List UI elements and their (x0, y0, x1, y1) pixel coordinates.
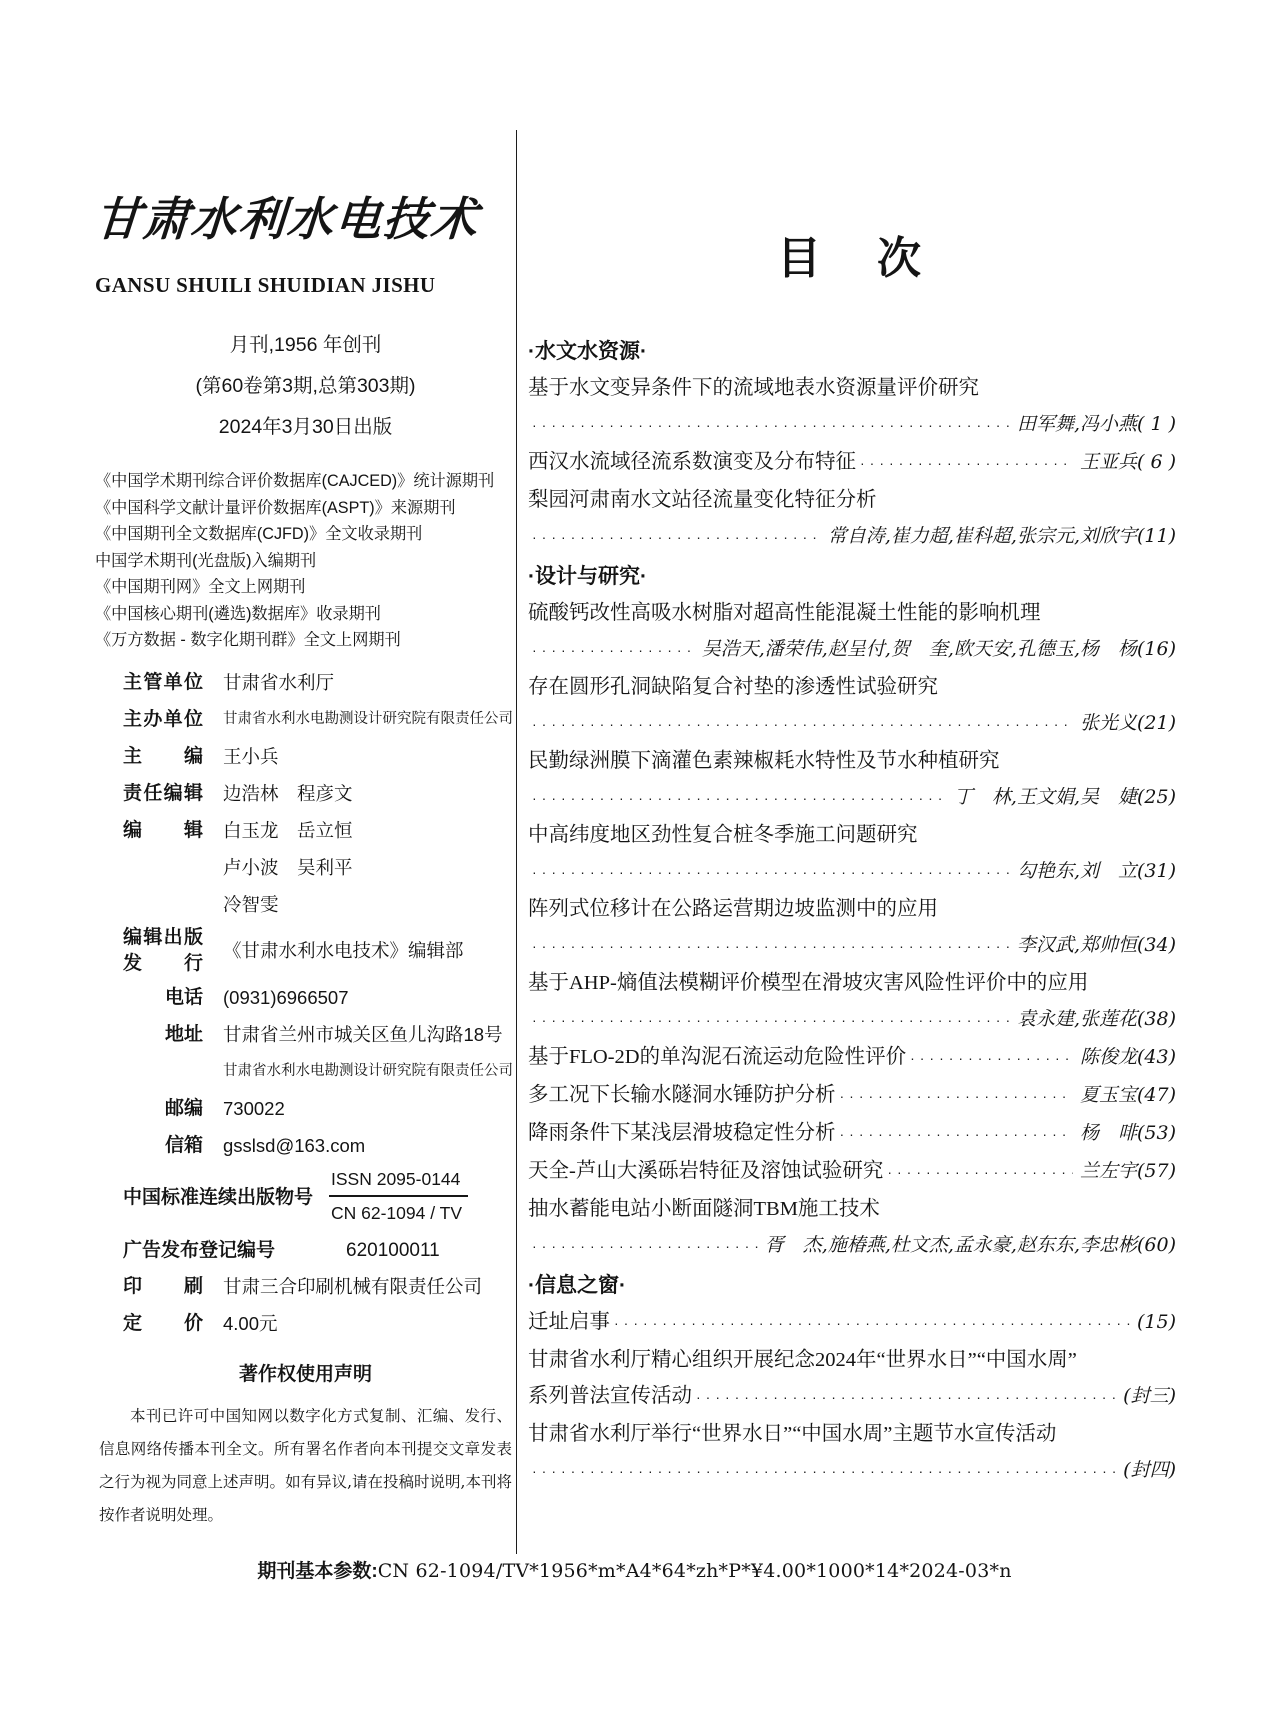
journal-logo-calligraphy: 甘肃水利水电技术 (92, 175, 519, 263)
dot-leader (532, 706, 1073, 743)
copyright-notice: 著作权使用声明 本刊已许可中国知网以数字化方式复制、汇编、发行、信息网络传播本刊… (95, 1362, 516, 1532)
toc-row: 天全-芦山大溪砾岩特征及溶蚀试验研究兰左宇(57) (528, 1153, 1176, 1191)
footer-value: CN 62-1094/TV*1956*m*A4*64*zh*P*¥4.00*10… (378, 1560, 1012, 1582)
toc-row: 袁永建,张莲花(38) (528, 1001, 1176, 1039)
toc-row: 李汉武,郑帅恒(34) (528, 927, 1176, 965)
toc-entry-authors-page: (封四) (1123, 1452, 1176, 1488)
toc-sections: ·水文水资源·基于水文变异条件下的流域地表水资源量评价研究田军舞,冯小燕( 1 … (528, 334, 1176, 1490)
info-value: 甘肃省水利厅 (223, 664, 334, 701)
toc-section-label: ·设计与研究· (528, 559, 1176, 595)
info-label: 编辑出版发行 (123, 925, 203, 977)
ad-license-label: 广告发布登记编号 (123, 1236, 330, 1266)
toc-entry-title: 抽水蓄能电站小断面隧洞TBM施工技术 (528, 1191, 880, 1227)
info-row: 主编王小兵 (123, 738, 516, 775)
toc-entry-title: 民勤绿洲膜下滴灌色素辣椒耗水特性及节水种植研究 (528, 743, 1000, 779)
toc-row: 民勤绿洲膜下滴灌色素辣椒耗水特性及节水种植研究 (528, 743, 1176, 779)
toc-row: 甘肃省水利厅举行“世界水日”“中国水周”主题节水宣传活动 (528, 1416, 1176, 1452)
indexing-item: 中国学术期刊(光盘版)入编期刊 (95, 548, 516, 575)
toc-entry-authors-page: 胥 杰,施椿燕,杜文杰,孟永豪,赵东东,李忠彬(60) (765, 1227, 1176, 1263)
info-row: 主办单位甘肃省水利水电勘测设计研究院有限责任公司 (123, 701, 516, 738)
toc-entry-authors-page: 吴浩天,潘荣伟,赵呈付,贺 奎,欧天安,孔德玉,杨 杨(16) (702, 631, 1176, 667)
toc-row: 基于FLO-2D的单沟泥石流运动危险性评价陈俊龙(43) (528, 1039, 1176, 1077)
indexing-item: 《中国学术期刊综合评价数据库(CAJCED)》统计源期刊 (95, 468, 516, 495)
toc-entry-title: 天全-芦山大溪砾岩特征及溶蚀试验研究 (528, 1153, 883, 1189)
toc-entry-authors-page: 袁永建,张莲花(38) (1017, 1001, 1176, 1037)
info-value: 甘肃省水利水电勘测设计研究院有限责任公司 (223, 701, 513, 738)
copyright-title: 著作权使用声明 (95, 1362, 516, 1388)
info-label-line: 编辑出版 (123, 925, 203, 951)
info-label: 邮编 (123, 1090, 203, 1127)
info-value: 甘肃省水利水电勘测设计研究院有限责任公司 (223, 1053, 513, 1090)
toc-row: 胥 杰,施椿燕,杜文杰,孟永豪,赵东东,李忠彬(60) (528, 1227, 1176, 1265)
frequency-line: 月刊,1956 年创刊 (95, 325, 516, 366)
toc-entry-title: 降雨条件下某浅层滑坡稳定性分析 (528, 1115, 836, 1151)
toc-entry-authors-page: 王亚兵( 6 ) (1080, 444, 1176, 480)
toc-entry-authors-page: (15) (1137, 1304, 1176, 1340)
issn-fraction: ISSN 2095-0144 CN 62-1094 / TV (329, 1168, 468, 1224)
info-row: 卢小波 吴利平 (123, 849, 516, 886)
info-value: gsslsd@163.com (223, 1127, 365, 1164)
toc-row: 多工况下长输水隧洞水锤防护分析夏玉宝(47) (528, 1077, 1176, 1115)
info-label (123, 1053, 203, 1090)
info-value: 730022 (223, 1090, 285, 1127)
toc-row: 田军舞,冯小燕( 1 ) (528, 406, 1176, 444)
info-row: 地址甘肃省兰州市城关区鱼儿沟路18号 (123, 1016, 516, 1053)
info-label-line: 发行 (123, 951, 203, 977)
info-value: (0931)6966507 (223, 979, 349, 1016)
toc-section-label: ·水文水资源· (528, 334, 1176, 370)
journal-logo-pinyin: GANSU SHUILI SHUIDIAN JISHU (95, 271, 516, 299)
info-row: 编辑出版发行《甘肃水利水电技术》编辑部 (123, 923, 516, 979)
toc-entry-title: 存在圆形孔洞缺陷复合衬垫的渗透性试验研究 (528, 669, 938, 705)
info-row: 定价4.00元 (123, 1305, 516, 1342)
toc-row: 丁 林,王文娟,吴 婕(25) (528, 779, 1176, 817)
toc-row: (封四) (528, 1452, 1176, 1490)
toc-entry-authors-page: 兰左宇(57) (1080, 1153, 1176, 1189)
print-price-block: 印刷甘肃三合印刷机械有限责任公司定价4.00元 (95, 1268, 516, 1342)
dot-leader (532, 407, 1010, 444)
info-label (123, 886, 203, 923)
toc-row: 硫酸钙改性高吸水树脂对超高性能混凝土性能的影响机理 (528, 595, 1176, 631)
info-label: 编辑 (123, 812, 203, 849)
info-label: 主编 (123, 738, 203, 775)
toc-entry-authors-page: 常自涛,崔力超,崔科超,张宗元,刘欣宇(11) (828, 518, 1176, 554)
journal-cover-page: 甘肃水利水电技术 GANSU SHUILI SHUIDIAN JISHU 月刊,… (0, 0, 1269, 1723)
info-label: 主管单位 (123, 664, 203, 701)
toc-row: 迁址启事(15) (528, 1304, 1176, 1342)
toc-row: 张光义(21) (528, 705, 1176, 743)
info-value: 甘肃省兰州市城关区鱼儿沟路18号 (223, 1016, 503, 1053)
copyright-body: 本刊已许可中国知网以数字化方式复制、汇编、发行、信息网络传播本刊全文。所有署名作… (95, 1400, 516, 1532)
toc-row: 基于水文变异条件下的流域地表水资源量评价研究 (528, 370, 1176, 406)
issn-label: 中国标准连续出版物号 (123, 1182, 329, 1209)
toc-section: ·信息之窗·迁址启事(15)甘肃省水利厅精心组织开展纪念2024年“世界水日”“… (528, 1268, 1176, 1490)
info-row: 责任编辑边浩林 程彦文 (123, 775, 516, 812)
info-label: 责任编辑 (123, 775, 203, 812)
indexing-item: 《中国核心期刊(遴选)数据库》收录期刊 (95, 601, 516, 628)
info-value: 甘肃三合印刷机械有限责任公司 (223, 1268, 482, 1305)
toc-row: 勾艳东,刘 立(31) (528, 853, 1176, 891)
masthead-column: 甘肃水利水电技术 GANSU SHUILI SHUIDIAN JISHU 月刊,… (95, 175, 516, 1532)
info-label: 地址 (123, 1016, 203, 1053)
ad-license-row: 广告发布登记编号 620100011 (95, 1236, 516, 1266)
toc-entry-authors-page: (封三) (1123, 1378, 1176, 1414)
dot-leader (532, 928, 1010, 965)
info-row: 主管单位甘肃省水利厅 (123, 664, 516, 701)
toc-row: 梨园河肃南水文站径流量变化特征分析 (528, 482, 1176, 518)
indexing-item: 《中国期刊全文数据库(CJFD)》全文收录期刊 (95, 521, 516, 548)
toc-row: 系列普法宣传活动(封三) (528, 1378, 1176, 1416)
toc-entry-title: 甘肃省水利厅精心组织开展纪念2024年“世界水日”“中国水周” (528, 1342, 1077, 1378)
toc-entry-authors-page: 夏玉宝(47) (1080, 1077, 1176, 1113)
toc-row: 抽水蓄能电站小断面隧洞TBM施工技术 (528, 1191, 1176, 1227)
info-value: 《甘肃水利水电技术》编辑部 (223, 938, 464, 964)
dot-leader (860, 445, 1073, 482)
toc-section: ·水文水资源·基于水文变异条件下的流域地表水资源量评价研究田军舞,冯小燕( 1 … (528, 334, 1176, 556)
toc-entry-title: 中高纬度地区劲性复合桩冬季施工问题研究 (528, 817, 918, 853)
cn-number: CN 62-1094 / TV (329, 1202, 468, 1224)
toc-entry-authors-page: 杨 啡(53) (1080, 1115, 1176, 1151)
toc-entry-title: 基于水文变异条件下的流域地表水资源量评价研究 (528, 370, 979, 406)
dot-leader (532, 1453, 1116, 1490)
info-row: 邮编730022 (123, 1090, 516, 1127)
indexing-item: 《万方数据 - 数字化期刊群》全文上网期刊 (95, 627, 516, 654)
info-value: 卢小波 吴利平 (223, 849, 353, 886)
dot-leader (910, 1040, 1073, 1077)
toc-entry-authors-page: 李汉武,郑帅恒(34) (1017, 927, 1176, 963)
toc-row: 阵列式位移计在公路运营期边坡监测中的应用 (528, 891, 1176, 927)
toc-entry-authors-page: 勾艳东,刘 立(31) (1017, 853, 1176, 889)
toc-entry-authors-page: 丁 林,王文娟,吴 婕(25) (954, 779, 1176, 815)
ad-license-value: 620100011 (346, 1236, 440, 1266)
toc-row: 降雨条件下某浅层滑坡稳定性分析杨 啡(53) (528, 1115, 1176, 1153)
info-row: 冷智雯 (123, 886, 516, 923)
info-row: 编辑白玉龙 岳立恒 (123, 812, 516, 849)
toc-section: ·设计与研究·硫酸钙改性高吸水树脂对超高性能混凝土性能的影响机理吴浩天,潘荣伟,… (528, 559, 1176, 1265)
toc-entry-title: 甘肃省水利厅举行“世界水日”“中国水周”主题节水宣传活动 (528, 1416, 1056, 1452)
toc-row: 常自涛,崔力超,崔科超,张宗元,刘欣宇(11) (528, 518, 1176, 556)
indexing-item: 《中国期刊网》全文上网期刊 (95, 574, 516, 601)
toc-title: 目 次 (528, 228, 1176, 290)
toc-row: 基于AHP-熵值法模糊评价模型在滑坡灾害风险性评价中的应用 (528, 965, 1176, 1001)
toc-entry-title: 硫酸钙改性高吸水树脂对超高性能混凝土性能的影响机理 (528, 595, 1041, 631)
issn-number: ISSN 2095-0144 (329, 1168, 468, 1197)
info-label: 信箱 (123, 1127, 203, 1164)
dot-leader (696, 1379, 1116, 1416)
info-value: 边浩林 程彦文 (223, 775, 353, 812)
info-label (123, 849, 203, 886)
toc-entry-title: 梨园河肃南水文站径流量变化特征分析 (528, 482, 877, 518)
toc-section-label: ·信息之窗· (528, 1268, 1176, 1304)
info-row: 电话(0931)6966507 (123, 979, 516, 1016)
dot-leader (532, 632, 695, 669)
toc-entry-title: 系列普法宣传活动 (528, 1378, 692, 1414)
info-row: 信箱gsslsd@163.com (123, 1127, 516, 1164)
dot-leader (840, 1116, 1073, 1153)
toc-entry-title: 阵列式位移计在公路运营期边坡监测中的应用 (528, 891, 938, 927)
info-row: 甘肃省水利水电勘测设计研究院有限责任公司 (123, 1053, 516, 1090)
info-value: 王小兵 (223, 738, 279, 775)
info-value: 白玉龙 岳立恒 (223, 812, 353, 849)
toc-row: 中高纬度地区劲性复合桩冬季施工问题研究 (528, 817, 1176, 853)
staff-info-block: 主管单位甘肃省水利厅主办单位甘肃省水利水电勘测设计研究院有限责任公司主编王小兵责… (95, 664, 516, 1164)
toc-row: 甘肃省水利厅精心组织开展纪念2024年“世界水日”“中国水周” (528, 1342, 1176, 1378)
issue-line: (第60卷第3期,总第303期) (95, 366, 516, 407)
dot-leader (887, 1154, 1073, 1191)
toc-entry-title: 迁址启事 (528, 1304, 610, 1340)
indexing-item: 《中国科学文献计量评价数据库(ASPT)》来源期刊 (95, 495, 516, 522)
column-divider (516, 130, 517, 1554)
publication-info: 月刊,1956 年创刊 (第60卷第3期,总第303期) 2024年3月30日出… (95, 325, 516, 448)
pub-date-line: 2024年3月30日出版 (95, 407, 516, 448)
toc-entry-title: 多工况下长输水隧洞水锤防护分析 (528, 1077, 836, 1113)
footer-label: 期刊基本参数: (257, 1561, 377, 1582)
toc-entry-authors-page: 张光义(21) (1080, 705, 1176, 741)
dot-leader (840, 1078, 1073, 1115)
info-label: 定价 (123, 1305, 203, 1342)
toc-entry-title: 基于FLO-2D的单沟泥石流运动危险性评价 (528, 1039, 906, 1075)
toc-entry-title: 西汉水流域径流系数演变及分布特征 (528, 444, 856, 480)
toc-row: 存在圆形孔洞缺陷复合衬垫的渗透性试验研究 (528, 669, 1176, 705)
indexing-list: 《中国学术期刊综合评价数据库(CAJCED)》统计源期刊《中国科学文献计量评价数… (95, 468, 516, 654)
info-value: 4.00元 (223, 1305, 278, 1342)
info-row: 印刷甘肃三合印刷机械有限责任公司 (123, 1268, 516, 1305)
info-value: 冷智雯 (223, 886, 279, 923)
toc-entry-authors-page: 田军舞,冯小燕( 1 ) (1017, 406, 1176, 442)
toc-row: 吴浩天,潘荣伟,赵呈付,贺 奎,欧天安,孔德玉,杨 杨(16) (528, 631, 1176, 669)
info-label: 电话 (123, 979, 203, 1016)
dot-leader (532, 519, 821, 556)
toc-entry-title: 基于AHP-熵值法模糊评价模型在滑坡灾害风险性评价中的应用 (528, 965, 1088, 1001)
dot-leader (532, 854, 1010, 891)
toc-entry-authors-page: 陈俊龙(43) (1080, 1039, 1176, 1075)
issn-block: 中国标准连续出版物号 ISSN 2095-0144 CN 62-1094 / T… (95, 1168, 516, 1224)
toc-row: 西汉水流域径流系数演变及分布特征王亚兵( 6 ) (528, 444, 1176, 482)
dot-leader (532, 1002, 1010, 1039)
dot-leader (614, 1305, 1130, 1342)
info-label: 印刷 (123, 1268, 203, 1305)
dot-leader (532, 780, 947, 817)
journal-parameters-footer: 期刊基本参数:CN 62-1094/TV*1956*m*A4*64*zh*P*¥… (0, 1556, 1269, 1587)
dot-leader (532, 1228, 758, 1265)
toc-column: 目 次 ·水文水资源·基于水文变异条件下的流域地表水资源量评价研究田军舞,冯小燕… (528, 228, 1176, 1490)
info-label: 主办单位 (123, 701, 203, 738)
